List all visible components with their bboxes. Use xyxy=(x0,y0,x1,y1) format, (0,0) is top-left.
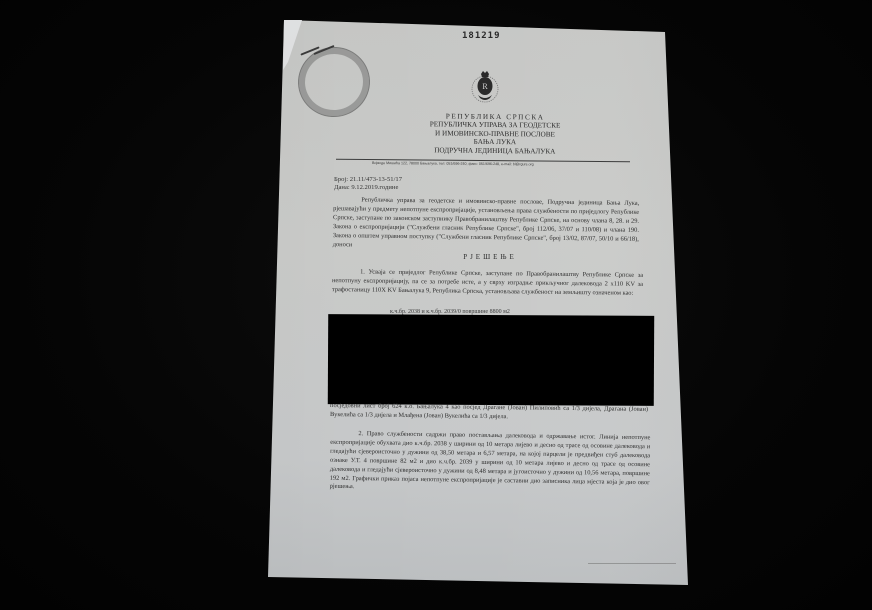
redaction-block xyxy=(328,314,654,406)
page-crease xyxy=(588,563,676,564)
coat-of-arms-icon: R xyxy=(470,67,500,107)
intro-paragraph: Републичка управа за геодетске и имовинс… xyxy=(333,196,640,253)
item-2-paragraph: 2. Право службености садржи право постав… xyxy=(330,430,651,497)
reference-number: Број: 21.11/473-13-51/17 xyxy=(334,176,402,184)
reference-block: Број: 21.11/473-13-51/17 Дана: 9.12.2019… xyxy=(334,176,402,193)
svg-text:R: R xyxy=(482,82,488,91)
sheet-shading xyxy=(0,0,872,610)
letterhead: РЕПУБЛИКА СРПСКА РЕПУБЛИЧКА УПРАВА ЗА ГЕ… xyxy=(385,112,605,156)
decision-title: РЈЕШЕЊЕ xyxy=(420,253,560,261)
item-1-paragraph: 1. Усваја се приједлог Републике Српске,… xyxy=(332,268,643,299)
reference-date: Дана: 9.12.2019.године xyxy=(334,184,402,192)
stamp-number: 181219 xyxy=(462,31,501,41)
photo-scene: 181219 R РЕПУБЛИКА СРПСКА РЕПУБЛИЧКА УПР… xyxy=(0,0,872,610)
